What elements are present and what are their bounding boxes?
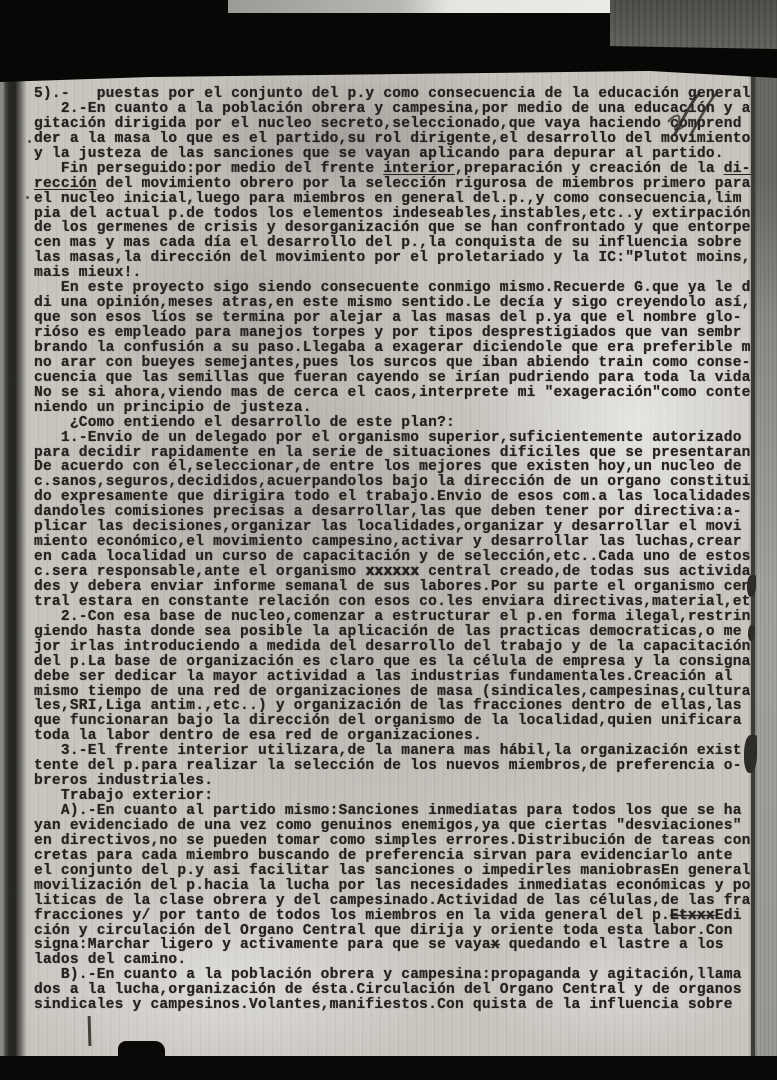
text-line: toda la labor dentro de esa red de organ… bbox=[34, 729, 756, 744]
text-line: el conjunto del p.y asi facilitar las sa… bbox=[34, 864, 756, 879]
text-line: yan evidenciado de una vez como genuinos… bbox=[34, 819, 756, 834]
text-line: dandoles comisiones precisas a desarroll… bbox=[34, 505, 756, 520]
text-line: 5).- puestas por el conjunto del p.y com… bbox=[34, 87, 756, 102]
text-line: mais mieux!. bbox=[34, 266, 756, 281]
text-line: tente del p.para realizar la selección d… bbox=[34, 759, 756, 774]
text-line: 2.-En cuanto a la población obrera y cam… bbox=[34, 102, 756, 117]
text-line: B).-En cuanto a la población obrera y ca… bbox=[34, 968, 756, 983]
text-line: do expresamente que dirigira todo el tra… bbox=[34, 490, 756, 505]
text-line: liticas de la clase obrera y del campesi… bbox=[34, 894, 756, 909]
text-line: rección del movimiento obrero por la sel… bbox=[34, 177, 756, 192]
document-scan: 5).- puestas por el conjunto del p.y com… bbox=[0, 0, 777, 1080]
text-line: des y debera enviar informe semanal de s… bbox=[34, 580, 756, 595]
text-line: di una opinión,meses atras,en este mismo… bbox=[34, 296, 756, 311]
text-line: giendo hasta donde sea posible la aplica… bbox=[34, 625, 756, 640]
scan-top-right-gray bbox=[608, 0, 777, 52]
text-line: breros industriales. bbox=[34, 774, 756, 789]
text-line: ¿Como entiendo el desarrollo de este pla… bbox=[34, 416, 756, 431]
text-line: 3.-El frente interior utilizara,de la ma… bbox=[34, 744, 756, 759]
text-line: que son esos líos se termina por alejar … bbox=[34, 311, 756, 326]
text-line: del p.La base de organización es claro q… bbox=[34, 655, 756, 670]
text-line: Fin perseguido:por medio del frente inte… bbox=[34, 162, 756, 177]
text-line: cretas para cada miembro buscando de pre… bbox=[34, 849, 756, 864]
text-line: en directivos,no se pueden tomar como si… bbox=[34, 834, 756, 849]
text-line: cuencia que las semillas que fueran caye… bbox=[34, 371, 756, 386]
handwritten-scribble-mark bbox=[660, 90, 730, 138]
text-line: no arar con bueyes semejantes,pues los s… bbox=[34, 356, 756, 371]
text-line: 1.-Envio de un delegado por el organismo… bbox=[34, 431, 756, 446]
text-line: fracciones y/ por tanto de todos los mie… bbox=[34, 909, 756, 924]
text-line: c.sera responsable,ante el organismo xxx… bbox=[34, 565, 756, 580]
scan-bottom-black-band bbox=[0, 1056, 777, 1080]
text-line: tral estara en constante relación con es… bbox=[34, 595, 756, 610]
text-line: sindicales y campesinos.Volantes,manifie… bbox=[34, 998, 756, 1013]
edge-ink-blob bbox=[744, 735, 757, 773]
text-line: A).-En cuanto al partido mismo:Sanciones… bbox=[34, 804, 756, 819]
text-line: der a la masa lo que es el partido,su ro… bbox=[34, 132, 756, 147]
text-line: las masas,la dirección del movimiento po… bbox=[34, 251, 756, 266]
text-line: y la justeza de las sanciones que se vay… bbox=[34, 147, 756, 162]
text-line: el nucleo inicial,luego para miembros en… bbox=[34, 192, 756, 207]
text-line: En este proyecto sigo siendo consecuente… bbox=[34, 281, 756, 296]
text-line: debe ser dedicar la mayor actividad a la… bbox=[34, 670, 756, 685]
edge-ink-blob bbox=[748, 625, 755, 641]
paper-right-edge-line bbox=[751, 70, 755, 1060]
text-line: Trabajo exterior: bbox=[34, 789, 756, 804]
scan-right-margin bbox=[752, 0, 777, 1080]
text-line: plicar las decisiones,organizar las loca… bbox=[34, 520, 756, 535]
scan-top-light-strip bbox=[228, 0, 610, 13]
text-line: 2.-Con esa base de nucleo,comenzar a est… bbox=[34, 610, 756, 625]
text-line: No se si ahora,viendo mas de cerca el ca… bbox=[34, 386, 756, 401]
text-line: en cada localidad un curso de capacitaci… bbox=[34, 550, 756, 565]
scan-left-shadow-band bbox=[0, 56, 27, 1066]
text-line: movilización del p.hacia la lucha por la… bbox=[34, 879, 756, 894]
text-line: jor irlas introduciendo a medida del des… bbox=[34, 640, 756, 655]
text-lines: 5).- puestas por el conjunto del p.y com… bbox=[34, 87, 756, 1013]
edge-ink-blob bbox=[747, 575, 756, 597]
text-line: rióso es empleado para manejos torpes y … bbox=[34, 326, 756, 341]
text-line: miento económico,el movimiento campesino… bbox=[34, 535, 756, 550]
margin-dot bbox=[28, 140, 31, 143]
text-line: gitación dirigida por el nucleo secreto,… bbox=[34, 117, 756, 132]
text-line: dos a la lucha,organización de ésta.Circ… bbox=[34, 983, 756, 998]
text-line: brando la confusión a su paso.Llegaba a … bbox=[34, 341, 756, 356]
text-line: niendo un principio de justeza. bbox=[34, 401, 756, 416]
